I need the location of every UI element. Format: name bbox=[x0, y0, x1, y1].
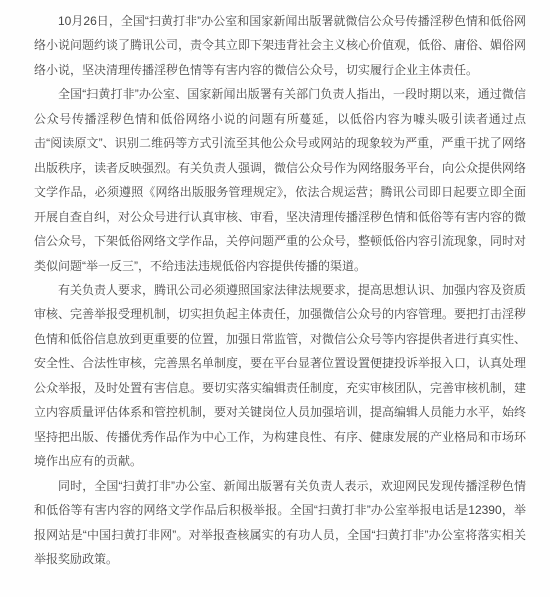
article-paragraph-4: 同时，全国“扫黄打非”办公室、新闻出版署有关负责人表示，欢迎网民发现传播淫秽色情… bbox=[34, 474, 526, 572]
article-body: 10月26日，全国“扫黄打非”办公室和国家新闻出版署就微信公众号传播淫秽色情和低… bbox=[34, 9, 526, 571]
article-paragraph-3: 有关负责人要求，腾讯公司必须遵照国家法律法规要求，提高思想认识、加强内容及资质审… bbox=[34, 278, 526, 474]
article-paragraph-1: 10月26日，全国“扫黄打非”办公室和国家新闻出版署就微信公众号传播淫秽色情和低… bbox=[34, 9, 526, 82]
document-page: 10月26日，全国“扫黄打非”办公室和国家新闻出版署就微信公众号传播淫秽色情和低… bbox=[0, 0, 550, 597]
article-paragraph-2: 全国“扫黄打非”办公室、国家新闻出版署有关部门负责人指出，一段时期以来，通过微信… bbox=[34, 82, 526, 278]
